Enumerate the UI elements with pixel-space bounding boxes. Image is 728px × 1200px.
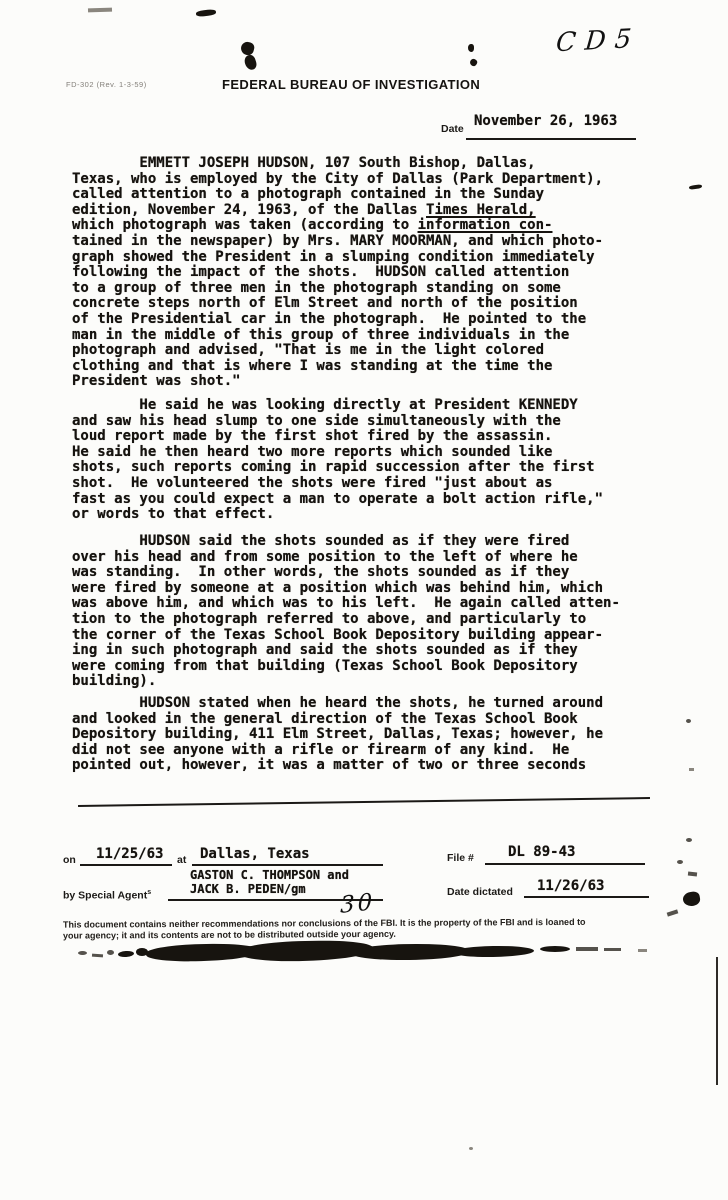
ink-smudge (452, 945, 534, 957)
ink-smudge (540, 946, 570, 952)
ink-smudge (78, 951, 87, 955)
handwritten-page-number: 30 (340, 889, 375, 919)
scan-artifact (196, 9, 217, 17)
scan-artifact (689, 768, 694, 771)
body-paragraph-3: HUDSON said the shots sounded as if they… (72, 534, 620, 690)
ink-smudge (107, 950, 114, 955)
ink-smudge (604, 948, 621, 951)
scan-artifact (88, 8, 112, 13)
fbi-fd302-document-page: CD5 FD-302 (Rev. 1-3-59) FEDERAL BUREAU … (0, 0, 728, 1200)
date-dictated-label: Date dictated (447, 886, 513, 898)
at-underline (192, 864, 383, 866)
ink-speck (468, 44, 474, 52)
ink-blot (240, 41, 256, 57)
disclaimer-line2: your agency; it and its contents are not… (63, 927, 673, 941)
date-underline (466, 138, 636, 140)
scan-artifact (689, 184, 702, 190)
footer-separator-rule (78, 797, 650, 807)
body-paragraph-4: HUDSON stated when he heard the shots, h… (72, 696, 603, 774)
special-agent-label: by Special Agents (63, 889, 151, 902)
interview-place-value: Dallas, Texas (200, 846, 310, 862)
ink-blot (682, 891, 701, 908)
agency-title: FEDERAL BUREAU OF INVESTIGATION (222, 77, 480, 92)
special-agent-label-suffix: s (147, 889, 151, 896)
on-underline (80, 864, 172, 866)
ink-smudge (118, 950, 134, 957)
form-number: FD-302 (Rev. 1-3-59) (66, 80, 147, 89)
body-paragraph-1: EMMETT JOSEPH HUDSON, 107 South Bishop, … (72, 156, 603, 390)
ink-speck (469, 58, 479, 68)
date-dictated-value: 11/26/63 (537, 878, 604, 894)
ink-smudge (92, 954, 103, 958)
ink-smudge (638, 949, 647, 952)
file-number-value: DL 89-43 (508, 844, 575, 860)
ink-smudge (576, 947, 598, 951)
on-label: on (63, 854, 76, 866)
body-paragraph-2: He said he was looking directly at Presi… (72, 398, 603, 523)
date-label: Date (441, 123, 464, 135)
scan-artifact (686, 838, 692, 842)
interview-date-value: 11/25/63 (96, 846, 163, 862)
scan-artifact (688, 872, 697, 877)
agent-name-line1: GASTON C. THOMPSON and (190, 869, 349, 883)
date-dictated-underline (524, 896, 649, 898)
page-edge-line (716, 957, 718, 1085)
file-number-underline (485, 863, 645, 865)
handwritten-note-cd5: CD5 (555, 24, 642, 59)
file-number-label: File # (447, 852, 474, 864)
scan-artifact (677, 860, 683, 864)
scan-artifact (469, 1147, 473, 1150)
date-value: November 26, 1963 (474, 113, 617, 129)
scan-artifact (686, 719, 691, 723)
ink-blot (243, 54, 258, 72)
at-label: at (177, 854, 186, 866)
agent-name-line2: JACK B. PEDEN/gm (190, 883, 306, 897)
